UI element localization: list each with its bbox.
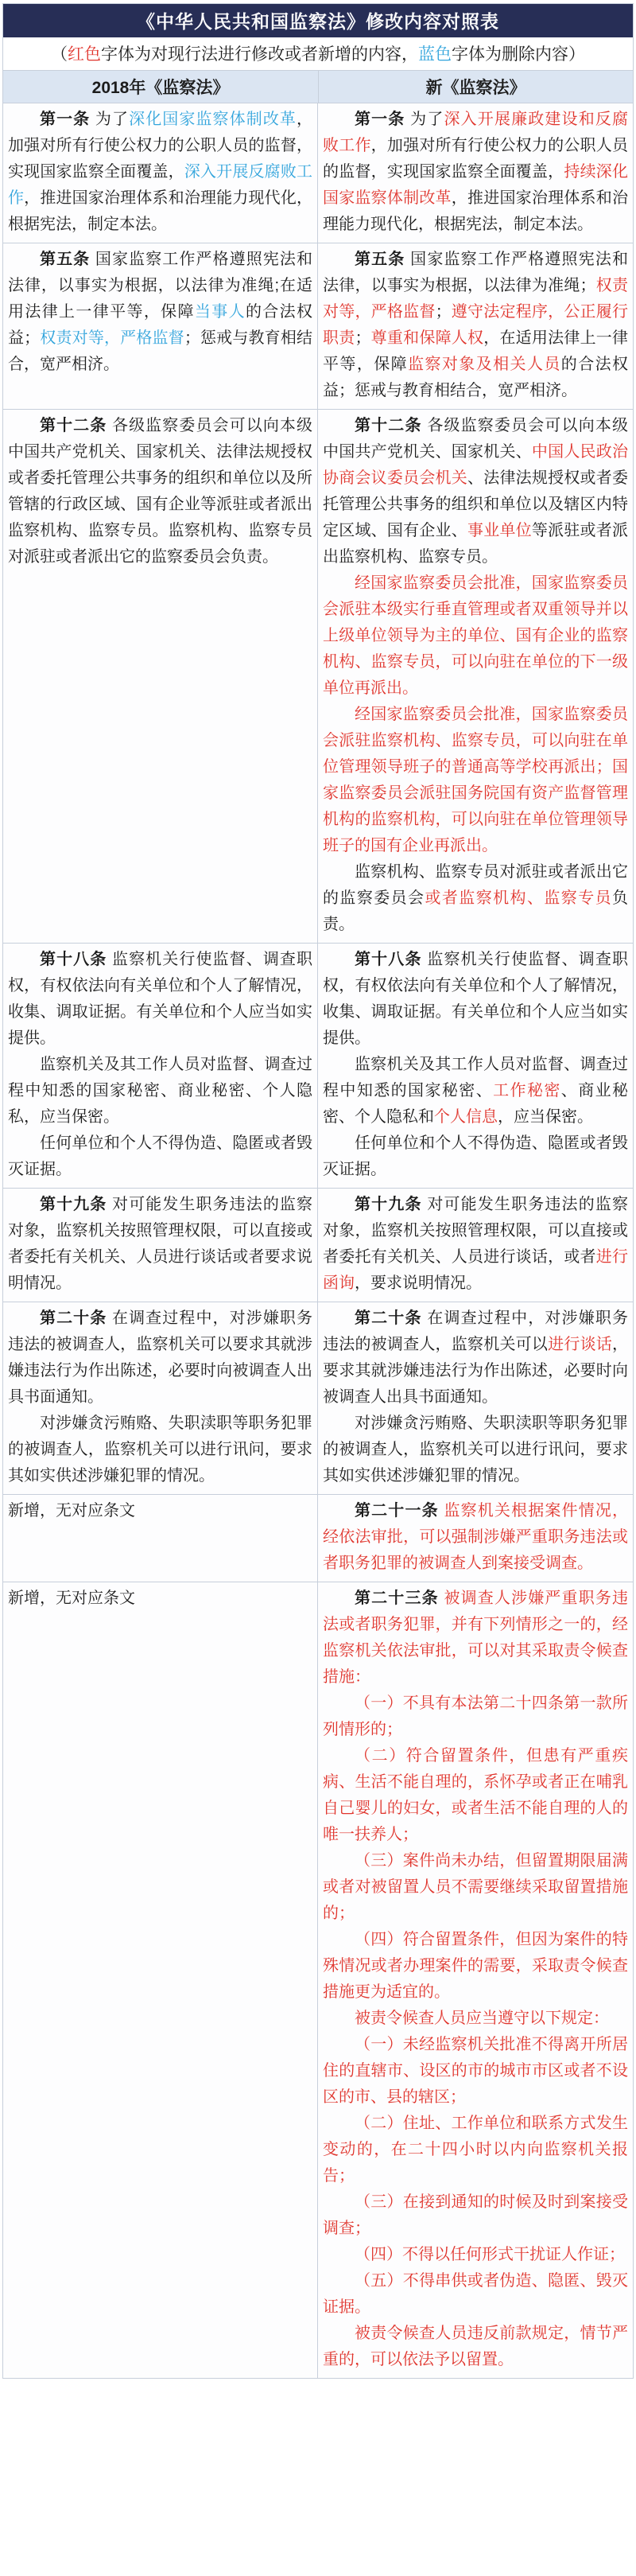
cell-law-2018: 第十八条 监察机关行使监督、调查职权，有权依法向有关单位和个人了解情况，收集、调… xyxy=(3,944,318,1188)
paragraph: 经国家监察委员会批准，国家监察委员会派驻本级实行垂直管理或者双重领导并以上级单位… xyxy=(323,570,628,702)
body-text: ，推进国家治理体系和治理能力现代化，根据宪法，制定本法。 xyxy=(8,189,312,233)
body-text: 为了 xyxy=(90,111,129,128)
cell-law-2018: 第十九条 对可能发生职务违法的监察对象，监察机关按照管理权限，可以直接或者委托有… xyxy=(3,1189,318,1302)
article-number: 第十二条 xyxy=(40,417,107,434)
body-text: 新增，无对应条文 xyxy=(8,1590,135,1607)
body-text: 任何单位和个人不得伪造、隐匿或者毁灭证据。 xyxy=(8,1134,312,1178)
added-text: 或者监察机构、监察专员 xyxy=(425,889,612,907)
cell-law-new: 第二十一条 监察机关根据案件情况，经依法审批，可以强制涉嫌严重职务违法或者职务犯… xyxy=(318,1495,633,1582)
table-row: 新增，无对应条文第二十三条 被调查人涉嫌严重职务违法或者职务犯罪，并有下列情形之… xyxy=(3,1582,633,2378)
paragraph: （三）案件尚未办结，但留置期限届满或者对被留置人员不需要继续采取留置措施的； xyxy=(323,1848,628,1927)
paragraph: 任何单位和个人不得伪造、隐匿或者毁灭证据。 xyxy=(323,1130,628,1183)
cell-law-new: 第十二条 各级监察委员会可以向本级中国共产党机关、国家机关、中国人民政治协商会议… xyxy=(318,410,633,943)
table-body: 第一条 为了深化国家监察体制改革，加强对所有行使公权力的公职人员的监督，实现国家… xyxy=(3,103,633,2378)
comparison-document: 《中华人民共和国监察法》修改内容对照表 （红色字体为对现行法进行修改或者新增的内… xyxy=(2,3,634,2379)
added-text: 进行谈话 xyxy=(548,1336,612,1353)
added-text: 工作秘密 xyxy=(493,1082,561,1099)
body-text: ，应当保密。 xyxy=(498,1108,593,1126)
body-text: ； xyxy=(436,303,452,321)
paragraph: 新增，无对应条文 xyxy=(8,1498,312,1524)
added-text: （三）在接到通知的时候及时到案接受调查； xyxy=(323,2193,628,2237)
cell-law-new: 第十九条 对可能发生职务违法的监察对象，监察机关按照管理权限，可以直接或者委托有… xyxy=(318,1189,633,1302)
paragraph: （五）不得串供或者伪造、隐匿、毁灭证据。 xyxy=(323,2268,628,2321)
page-title: 《中华人民共和国监察法》修改内容对照表 xyxy=(137,11,499,32)
added-text: 红色 xyxy=(68,45,101,64)
cell-law-new: 第五条 国家监察工作严格遵照宪法和法律，以事实为根据，以法律为准绳；权责对等，严… xyxy=(318,243,633,409)
paragraph: 监察机构、监察专员对派驻或者派出它的监察委员会或者监察机构、监察专员负责。 xyxy=(323,859,628,938)
paragraph: 新增，无对应条文 xyxy=(8,1586,312,1612)
added-text: （二）符合留置条件，但患有严重疾病、生活不能自理的，系怀孕或者正在哺乳自己婴儿的… xyxy=(323,1747,628,1843)
body-text: 字体为删除内容） xyxy=(452,45,585,64)
cell-law-2018: 第二十条 在调查过程中，对涉嫌职务违法的被调查人，监察机关可以要求其就涉嫌违法行… xyxy=(3,1302,318,1494)
added-text: 经国家监察委员会批准，国家监察委员会派驻本级实行垂直管理或者双重领导并以上级单位… xyxy=(323,574,628,697)
body-text: 对涉嫌贪污贿赂、失职渎职等职务犯罪的被调查人，监察机关可以进行讯问，要求其如实供… xyxy=(8,1414,312,1485)
paragraph: 第五条 国家监察工作严格遵照宪法和法律，以事实为根据，以法律为准绳；权责对等，严… xyxy=(323,247,628,404)
paragraph: 被责令候查人员应当遵守以下规定： xyxy=(323,2006,628,2032)
paragraph: 第十八条 监察机关行使监督、调查职权，有权依法向有关单位和个人了解情况，收集、调… xyxy=(8,947,312,1052)
paragraph: 第十二条 各级监察委员会可以向本级中国共产党机关、国家机关、法律法规授权或者委托… xyxy=(8,413,312,570)
paragraph: 第一条 为了深化国家监察体制改革，加强对所有行使公权力的公职人员的监督，实现国家… xyxy=(8,107,312,238)
cell-law-2018: 新增，无对应条文 xyxy=(3,1495,318,1582)
body-text: 任何单位和个人不得伪造、隐匿或者毁灭证据。 xyxy=(323,1134,628,1178)
table-row: 第十二条 各级监察委员会可以向本级中国共产党机关、国家机关、法律法规授权或者委托… xyxy=(3,410,633,944)
added-text: 尊重和保障人权 xyxy=(370,329,483,347)
paragraph: 第十二条 各级监察委员会可以向本级中国共产党机关、国家机关、中国人民政治协商会议… xyxy=(323,413,628,570)
paragraph: （四）不得以任何形式干扰证人作证； xyxy=(323,2242,628,2268)
cell-law-new: 第十八条 监察机关行使监督、调查职权，有权依法向有关单位和个人了解情况，收集、调… xyxy=(318,944,633,1188)
added-text: 事业单位 xyxy=(467,522,532,539)
paragraph: （四）符合留置条件，但因为案件的特殊情况或者办理案件的需要，采取责令候查措施更为… xyxy=(323,1927,628,2006)
paragraph: 第五条 国家监察工作严格遵照宪法和法律，以事实为根据，以法律为准绳;在适用法律上… xyxy=(8,247,312,378)
paragraph: 任何单位和个人不得伪造、隐匿或者毁灭证据。 xyxy=(8,1130,312,1183)
added-text: 被责令候查人员应当遵守以下规定： xyxy=(355,2010,609,2027)
paragraph: 被责令候查人员违反前款规定，情节严重的，可以依法予以留置。 xyxy=(323,2321,628,2373)
cell-law-2018: 第一条 为了深化国家监察体制改革，加强对所有行使公权力的公职人员的监督，实现国家… xyxy=(3,103,318,243)
table-row: 新增，无对应条文第二十一条 监察机关根据案件情况，经依法审批，可以强制涉嫌严重职… xyxy=(3,1495,633,1582)
cell-law-new: 第二十三条 被调查人涉嫌严重职务违法或者职务犯罪，并有下列情形之一的，经监察机关… xyxy=(318,1582,633,2378)
paragraph: 第二十条 在调查过程中，对涉嫌职务违法的被调查人，监察机关可以进行谈话，要求其就… xyxy=(323,1306,628,1411)
paragraph: 第二十条 在调查过程中，对涉嫌职务违法的被调查人，监察机关可以要求其就涉嫌违法行… xyxy=(8,1306,312,1411)
deleted-text: 权责对等，严格监督 xyxy=(40,329,184,347)
legend-row: （红色字体为对现行法进行修改或者新增的内容，蓝色字体为删除内容） xyxy=(3,37,633,71)
paragraph: 对涉嫌贪污贿赂、失职渎职等职务犯罪的被调查人，监察机关可以进行讯问，要求其如实供… xyxy=(8,1411,312,1489)
deleted-text: 当事人 xyxy=(195,303,246,321)
body-text: ，要求说明情况。 xyxy=(355,1274,482,1292)
article-number: 第十二条 xyxy=(355,417,422,434)
deleted-text: 蓝色 xyxy=(418,45,452,64)
article-number: 第一条 xyxy=(355,111,405,128)
paragraph: 对涉嫌贪污贿赂、失职渎职等职务犯罪的被调查人，监察机关可以进行讯问，要求其如实供… xyxy=(323,1411,628,1489)
paragraph: （一）未经监察机关批准不得离开所居住的直辖市、设区的市的城市市区或者不设区的市、… xyxy=(323,2032,628,2111)
article-number: 第二十条 xyxy=(40,1309,107,1327)
body-text: 对涉嫌贪污贿赂、失职渎职等职务犯罪的被调查人，监察机关可以进行讯问，要求其如实供… xyxy=(323,1414,628,1485)
table-row: 第十八条 监察机关行使监督、调查职权，有权依法向有关单位和个人了解情况，收集、调… xyxy=(3,944,633,1189)
added-text: （四）不得以任何形式干扰证人作证； xyxy=(355,2246,625,2263)
body-text: 各级监察委员会可以向本级中国共产党机关、国家机关、法律法规授权或者委托管理公共事… xyxy=(8,417,312,566)
paragraph: 监察机关及其工作人员对监督、调查过程中知悉的国家秘密、工作秘密、商业秘密、个人隐… xyxy=(323,1052,628,1130)
table-row: 第二十条 在调查过程中，对涉嫌职务违法的被调查人，监察机关可以要求其就涉嫌违法行… xyxy=(3,1302,633,1495)
table-row: 第十九条 对可能发生职务违法的监察对象，监察机关按照管理权限，可以直接或者委托有… xyxy=(3,1189,633,1302)
deleted-text: 深化国家监察体制改革 xyxy=(129,111,297,128)
paragraph: 第十九条 对可能发生职务违法的监察对象，监察机关按照管理权限，可以直接或者委托有… xyxy=(323,1192,628,1297)
cell-law-2018: 第五条 国家监察工作严格遵照宪法和法律，以事实为根据，以法律为准绳;在适用法律上… xyxy=(3,243,318,409)
body-text: 为了 xyxy=(405,111,444,128)
document-title-bar: 《中华人民共和国监察法》修改内容对照表 xyxy=(3,4,633,37)
added-text: 经国家监察委员会批准，国家监察委员会派驻监察机构、监察专员，可以向驻在单位管理领… xyxy=(323,706,628,854)
article-number: 第十九条 xyxy=(40,1196,107,1213)
table-row: 第五条 国家监察工作严格遵照宪法和法律，以事实为根据，以法律为准绳;在适用法律上… xyxy=(3,243,633,410)
article-number: 第一条 xyxy=(40,111,90,128)
added-text: （一）未经监察机关批准不得离开所居住的直辖市、设区的市的城市市区或者不设区的市、… xyxy=(323,2036,628,2106)
paragraph: 经国家监察委员会批准，国家监察委员会派驻监察机构、监察专员，可以向驻在单位管理领… xyxy=(323,702,628,859)
added-text: （二）住址、工作单位和联系方式发生变动的，在二十四小时以内向监察机关报告； xyxy=(323,2115,628,2185)
cell-law-new: 第二十条 在调查过程中，对涉嫌职务违法的被调查人，监察机关可以进行谈话，要求其就… xyxy=(318,1302,633,1494)
article-number: 第十八条 xyxy=(355,951,422,968)
added-text: 监察对象及相关人员 xyxy=(408,356,561,373)
added-text: （三）案件尚未办结，但留置期限届满或者对被留置人员不需要继续采取留置措施的； xyxy=(323,1852,628,1922)
body-text: 监察机关及其工作人员对监督、调查过程中知悉的国家秘密、商业秘密、个人隐私，应当保… xyxy=(8,1056,312,1126)
cell-law-new: 第一条 为了深入开展廉政建设和反腐败工作，加强对所有行使公权力的公职人员的监督，… xyxy=(318,103,633,243)
article-number: 第十八条 xyxy=(40,951,107,968)
added-text: （四）符合留置条件，但因为案件的特殊情况或者办理案件的需要，采取责令候查措施更为… xyxy=(323,1931,628,2001)
paragraph: 第十八条 监察机关行使监督、调查职权，有权依法向有关单位和个人了解情况，收集、调… xyxy=(323,947,628,1052)
paragraph: （二）住址、工作单位和联系方式发生变动的，在二十四小时以内向监察机关报告； xyxy=(323,2111,628,2189)
paragraph: 第二十一条 监察机关根据案件情况，经依法审批，可以强制涉嫌严重职务违法或者职务犯… xyxy=(323,1498,628,1577)
paragraph: （二）符合留置条件，但患有严重疾病、生活不能自理的，系怀孕或者正在哺乳自己婴儿的… xyxy=(323,1743,628,1848)
paragraph: 第一条 为了深入开展廉政建设和反腐败工作，加强对所有行使公权力的公职人员的监督，… xyxy=(323,107,628,238)
article-number: 第五条 xyxy=(355,251,405,268)
body-text: 新增，无对应条文 xyxy=(8,1502,135,1520)
body-text: 字体为对现行法进行修改或者新增的内容， xyxy=(101,45,418,64)
paragraph: 第十九条 对可能发生职务违法的监察对象，监察机关按照管理权限，可以直接或者委托有… xyxy=(8,1192,312,1297)
column-header-new: 新《监察法》 xyxy=(318,71,633,103)
added-text: （一）不具有本法第二十四条第一款所列情形的； xyxy=(323,1695,628,1738)
table-row: 第一条 为了深化国家监察体制改革，加强对所有行使公权力的公职人员的监督，实现国家… xyxy=(3,103,633,243)
paragraph: 监察机关及其工作人员对监督、调查过程中知悉的国家秘密、商业秘密、个人隐私，应当保… xyxy=(8,1052,312,1130)
paragraph: （三）在接到通知的时候及时到案接受调查； xyxy=(323,2189,628,2242)
article-number: 第五条 xyxy=(40,251,90,268)
article-number: 第十九条 xyxy=(355,1196,422,1213)
body-text: （ xyxy=(51,45,68,64)
article-number: 第二十三条 xyxy=(355,1590,439,1607)
paragraph: （一）不具有本法第二十四条第一款所列情形的； xyxy=(323,1691,628,1743)
added-text: 被责令候查人员违反前款规定，情节严重的，可以依法予以留置。 xyxy=(323,2325,628,2368)
column-header-2018: 2018年《监察法》 xyxy=(3,71,318,103)
paragraph: 第二十三条 被调查人涉嫌严重职务违法或者职务犯罪，并有下列情形之一的，经监察机关… xyxy=(323,1586,628,1691)
cell-law-2018: 第十二条 各级监察委员会可以向本级中国共产党机关、国家机关、法律法规授权或者委托… xyxy=(3,410,318,943)
body-text: ； xyxy=(355,329,370,347)
column-header-row: 2018年《监察法》 新《监察法》 xyxy=(3,71,633,103)
added-text: 个人信息 xyxy=(434,1108,498,1126)
cell-law-2018: 新增，无对应条文 xyxy=(3,1582,318,2378)
article-number: 第二十条 xyxy=(355,1309,422,1327)
article-number: 第二十一条 xyxy=(355,1502,439,1520)
added-text: （五）不得串供或者伪造、隐匿、毁灭证据。 xyxy=(323,2272,628,2316)
